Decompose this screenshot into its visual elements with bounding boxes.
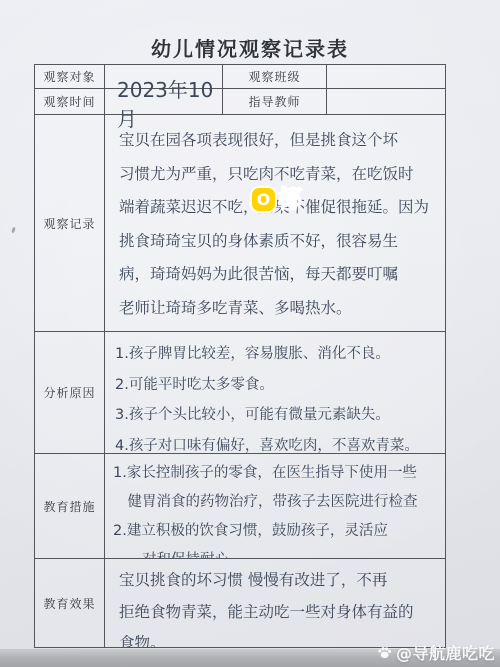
- header-row-2: 观察时间 2023年10月 指导教师: [35, 89, 445, 115]
- section-handwritten-content: 1.家长控制孩子的零食，在医生指导下使用一些 健胃消食的药物治疗，带孩子去医院进…: [105, 454, 445, 558]
- ink-speck: [300, 575, 302, 577]
- header-row-1: 观察对象 观察班级: [35, 65, 445, 89]
- section-observation-record: 观察记录 宝贝在园各项表现很好，但是挑食这个坏 习惯尤为严重，只吃肉不吃青菜，在…: [35, 115, 445, 332]
- brand-o-icon: O: [252, 188, 275, 211]
- section-analysis-reasons: 分析原因 1.孩子脾胃比较差，容易腹胀、消化不良。 2.可能平时吃太多零食。 3…: [35, 332, 445, 454]
- ink-speck: [11, 227, 16, 234]
- paw-icon: [377, 645, 392, 660]
- watermark-center-badge: O 椰: [252, 186, 302, 212]
- photographed-document: 幼儿情况观察记录表 观察对象 观察班级 观察时间 2023年10月 指导教师 观…: [0, 0, 500, 667]
- ink-speck: [209, 88, 212, 91]
- page-title: 幼儿情况观察记录表: [0, 33, 500, 62]
- section-label: 分析原因: [35, 332, 105, 453]
- value-guiding-teacher: [327, 89, 445, 114]
- label-observation-time: 观察时间: [35, 89, 105, 114]
- section-education-measures: 教育措施 1.家长控制孩子的零食，在医生指导下使用一些 健胃消食的药物治疗，带孩…: [35, 454, 445, 559]
- section-handwritten-content: 1.孩子脾胃比较差，容易腹胀、消化不良。 2.可能平时吃太多零食。 3.孩子个头…: [105, 332, 445, 453]
- label-observation-class: 观察班级: [223, 65, 327, 88]
- value-observation-class: [327, 65, 445, 88]
- watermark-account: @导航鹿吃吃: [377, 641, 495, 664]
- watermark-account-text: @导航鹿吃吃: [396, 641, 495, 664]
- watermark-brand-char: 椰: [278, 186, 302, 212]
- value-observation-time: 2023年10月: [105, 89, 223, 114]
- label-guiding-teacher: 指导教师: [223, 89, 327, 114]
- observation-form-table: 观察对象 观察班级 观察时间 2023年10月 指导教师 观察记录 宝贝在园各项…: [34, 64, 446, 648]
- section-label: 教育效果: [35, 559, 105, 647]
- section-label: 观察记录: [35, 115, 105, 331]
- section-handwritten-content: 宝贝在园各项表现很好，但是挑食这个坏 习惯尤为严重，只吃肉不吃青菜，在吃饭时 端…: [105, 115, 445, 331]
- section-education-effect: 教育效果 宝贝挑食的坏习惯 慢慢有改进了，不再 拒绝食物青菜，能主动吃一些对身体…: [35, 559, 445, 647]
- section-label: 教育措施: [35, 454, 105, 558]
- label-observation-subject: 观察对象: [35, 65, 105, 88]
- section-handwritten-content: 宝贝挑食的坏习惯 慢慢有改进了，不再 拒绝食物青菜，能主动吃一些对身体有益的 食…: [105, 559, 445, 647]
